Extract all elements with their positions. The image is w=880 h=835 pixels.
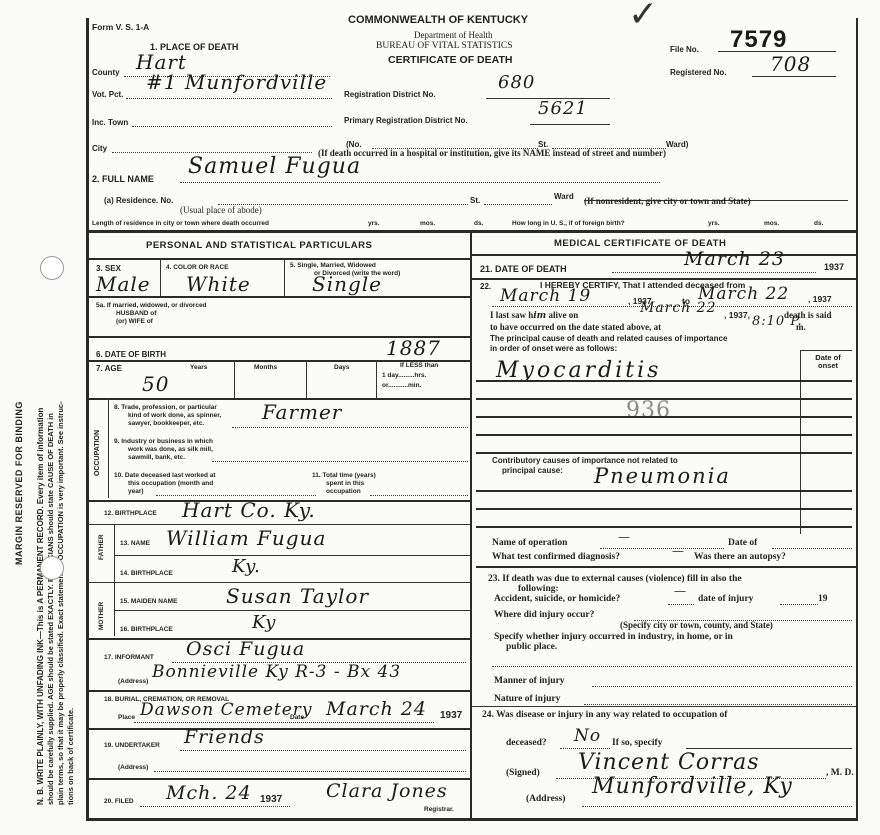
margin-binding-note: MARGIN RESERVED FOR BINDING — [14, 401, 24, 565]
specify-injury-label-1: Specify whether injury occurred in indus… — [494, 632, 733, 642]
dob-value: 1887 — [386, 336, 441, 360]
foreign-ds: ds. — [814, 220, 823, 228]
date-of-death-label: 21. DATE OF DEATH — [480, 264, 567, 274]
less-than-3: or...........min. — [382, 382, 421, 390]
length-yrs: yrs. — [368, 220, 380, 228]
residence-label: (a) Residence. No. — [104, 196, 173, 205]
father-birthplace-label: 14. BIRTHPLACE — [120, 570, 173, 578]
mother-name-label: 15. MAIDEN NAME — [120, 598, 177, 606]
registration-district-label: Registration District No. — [344, 90, 436, 99]
file-no-label: File No. — [670, 45, 699, 54]
inc-town-line — [132, 126, 332, 127]
vot-pct-label: Vot. Pct. — [92, 90, 123, 99]
signed-label: (Signed) — [506, 768, 540, 778]
filed-label: 20. FILED — [104, 798, 134, 806]
burial-place: Dawson Cemetery — [140, 700, 313, 720]
margin-instructions-3: plain terms, so that it may be properly … — [56, 401, 65, 805]
test-confirmed-value: — — [672, 544, 685, 558]
margin-instructions-1: N. B. WRITE PLAINLY, WITH UNFADING INK—T… — [36, 408, 45, 805]
deceased-label: deceased? — [506, 738, 547, 748]
age-years-value: 50 — [142, 372, 169, 396]
physician-address: Munfordville, Ky — [592, 774, 793, 799]
informant-name: Osci Fugua — [186, 638, 305, 660]
onset-column-divider — [800, 350, 801, 534]
total-time-label-1: 11. Total time (years) — [312, 472, 376, 480]
where-injury-label: Where did injury occur? — [494, 610, 594, 620]
race-value: White — [186, 272, 251, 296]
binding-hole-top — [40, 256, 64, 280]
occupation-side-label: OCCUPATION — [94, 430, 101, 476]
full-name-value: Samuel Fugua — [188, 154, 361, 179]
principal-cause-label-1: The principal cause of death and related… — [490, 334, 727, 343]
marital-value: Single — [312, 272, 382, 296]
undertaker-value: Friends — [184, 726, 265, 748]
frame-right — [856, 18, 858, 820]
race-label: 4. COLOR OR RACE — [166, 264, 228, 272]
where-injury-note: (Specify city or town, county, and State… — [620, 620, 773, 630]
certificate-title: CERTIFICATE OF DEATH — [388, 54, 512, 66]
registered-no-line — [752, 76, 836, 77]
md-label: , M. D. — [826, 768, 854, 778]
accident-value: — — [674, 584, 687, 598]
city-label: City — [92, 144, 107, 153]
burial-year: 1937 — [440, 710, 462, 721]
filed-date: Mch. 24 — [166, 782, 252, 804]
burial-place-label: Place — [118, 714, 135, 722]
foreign-birth-label: How long in U. S., if of foreign birth? — [512, 220, 625, 228]
total-time-label-2: spent in this — [326, 480, 364, 488]
physician-address-label: (Address) — [526, 794, 565, 804]
last-worked-label-2: this occupation (month and — [128, 480, 213, 488]
center-divider — [470, 230, 472, 820]
birthplace-label: 12. BIRTHPLACE — [104, 510, 157, 518]
grid-top — [86, 230, 858, 233]
father-name-label: 13. NAME — [120, 540, 150, 548]
inc-town-label: Inc. Town — [92, 118, 128, 127]
filed-year: 1937 — [260, 794, 282, 805]
date-of-death-year: 1937 — [824, 262, 844, 272]
mother-birthplace-value: Ky — [252, 612, 276, 633]
department-heading: Department of Health — [414, 30, 492, 40]
occupation-related-label: 24. Was disease or injury in any way rel… — [482, 710, 727, 720]
age-days-label: Days — [334, 364, 350, 372]
registrar-signature: Clara Jones — [326, 780, 448, 802]
industry-label-2: work was done, as silk mill, — [128, 446, 213, 454]
length-ds: ds. — [474, 220, 483, 228]
date-of-injury-label: date of injury — [698, 594, 753, 604]
operation-label: Name of operation — [492, 538, 567, 548]
sex-value: Male — [96, 272, 151, 296]
if-so-specify-label: If so, specify — [612, 738, 662, 748]
industry-label-1: 9. Industry or business in which — [114, 438, 213, 446]
last-saw-label: I last saw him alive on — [490, 310, 578, 321]
dob-label: 6. DATE OF BIRTH — [96, 350, 166, 359]
attended-to-year: , 1937 — [808, 294, 832, 304]
external-causes-label-1: 23. If death was due to external causes … — [488, 574, 742, 584]
age-label: 7. AGE — [96, 364, 122, 373]
spouse-label-2: HUSBAND of — [116, 310, 156, 318]
principal-cause-label-2: in order of onset were as follows: — [490, 344, 617, 353]
date-of-death-value: March 23 — [684, 248, 785, 270]
external-causes-label-2: following: — [518, 584, 559, 594]
foreign-yrs: yrs. — [708, 220, 720, 228]
foreign-mos: mos. — [764, 220, 779, 228]
primary-reg-line — [530, 124, 610, 125]
residence-sublabel: (Usual place of abode) — [180, 205, 262, 215]
vot-pct-value: #1 Munfordville — [146, 70, 327, 94]
length-residence-label: Length of residence in city or town wher… — [92, 220, 269, 228]
spouse-label-3: (or) WIFE of — [116, 318, 153, 326]
undertaker-address-label: (Address) — [118, 764, 148, 772]
county-label: County — [92, 68, 120, 77]
checkmark-icon: ✓ — [628, 0, 659, 35]
frame-left — [86, 18, 89, 820]
registration-district-value: 680 — [498, 72, 535, 93]
registered-no-label: Registered No. — [670, 68, 726, 77]
contributory-label-2: principal cause: — [502, 466, 563, 475]
father-side-label: FATHER — [98, 534, 105, 560]
contributory-cause-value: Pneumonia — [594, 464, 731, 488]
nonresident-note: (If nonresident, give city or town and S… — [584, 196, 751, 206]
primary-registration-label: Primary Registration District No. — [344, 116, 468, 125]
mother-side-label: MOTHER — [98, 602, 105, 630]
length-mos: mos. — [420, 220, 435, 228]
binding-hole-bottom — [40, 556, 64, 580]
physician-signature: Vincent Corras — [578, 750, 760, 775]
commonwealth-heading: COMMONWEALTH OF KENTUCKY — [348, 14, 528, 26]
registrar-label: Registrar. — [424, 806, 454, 814]
last-saw-text: I last saw h — [490, 310, 533, 320]
mother-name-value: Susan Taylor — [226, 584, 369, 608]
test-confirmed-label: What test confirmed diagnosis? — [492, 552, 620, 562]
trade-value: Farmer — [262, 400, 342, 424]
primary-registration-value: 5621 — [538, 98, 588, 119]
father-birthplace-value: Ky. — [232, 556, 261, 577]
registered-no-value: 708 — [770, 52, 811, 76]
industry-label-3: sawmill, bank, etc. — [128, 454, 185, 462]
marital-label-1: 5. Single, Married, Widowed — [290, 262, 376, 270]
last-worked-label-3: year) — [128, 488, 144, 496]
nature-injury-label: Nature of injury — [494, 694, 560, 704]
mother-birthplace-label: 16. BIRTHPLACE — [120, 626, 173, 634]
vot-pct-line — [126, 98, 332, 99]
total-time-label-3: occupation — [326, 488, 361, 496]
less-than-1: If LESS than — [400, 362, 438, 370]
less-than-2: 1 day.........hrs. — [382, 372, 426, 380]
city-line — [112, 152, 312, 153]
undertaker-label: 19. UNDERTAKER — [104, 742, 160, 750]
residence-ward-label: Ward — [554, 192, 574, 201]
trade-label-1: 8. Trade, profession, or particular — [114, 404, 217, 412]
cause-code: 936 — [626, 398, 671, 423]
certify-number: 22. — [480, 282, 491, 291]
margin-instructions-4: tions on back of certificate. — [66, 708, 75, 805]
informant-address-label: (Address) — [118, 678, 148, 686]
trade-label-2: kind of work done, as spinner, — [128, 412, 221, 420]
manner-injury-label: Manner of injury — [494, 676, 565, 686]
accident-label: Accident, suicide, or homicide? — [494, 594, 620, 604]
full-name-label: 2. FULL NAME — [92, 174, 154, 184]
birthplace-value: Hart Co. Ky. — [182, 498, 316, 522]
last-worked-label-1: 10. Date deceased last worked at — [114, 472, 216, 480]
alive-on-text: alive on — [548, 310, 578, 320]
personal-section-title: PERSONAL AND STATISTICAL PARTICULARS — [146, 240, 372, 251]
file-no-value: 7579 — [730, 26, 787, 54]
date-of-label: Date of — [728, 538, 757, 548]
father-name-value: William Fugua — [166, 526, 326, 550]
burial-date-label: Date — [290, 714, 304, 722]
attended-from: March 19 — [500, 286, 591, 306]
hospital-note: (If death occurred in a hospital or inst… — [318, 148, 666, 158]
residence-st-line — [484, 204, 552, 205]
date-of-onset-label: Date of onset — [806, 354, 850, 370]
age-years-label: Years — [190, 364, 207, 372]
operation-value: — — [618, 530, 631, 544]
age-months-label: Months — [254, 364, 277, 372]
bureau-heading: BUREAU OF VITAL STATISTICS — [376, 41, 513, 51]
last-saw-pronoun: im — [533, 311, 546, 321]
last-saw-year: , 1937, — [724, 310, 750, 320]
residence-st-label: St. — [470, 196, 480, 205]
trade-label-3: sawyer, bookkeeper, etc. — [128, 420, 204, 428]
last-saw-date: March 22 — [640, 300, 717, 316]
specify-injury-label-2: public place. — [506, 642, 557, 652]
ward-label: Ward) — [666, 140, 688, 149]
informant-label: 17. INFORMANT — [104, 654, 154, 662]
full-name-line — [180, 182, 660, 183]
informant-address: Bonnieville Ky R-3 - Bx 43 — [152, 662, 401, 682]
time-m-label: m. — [796, 322, 806, 332]
occupation-related-value: No — [574, 726, 601, 746]
autopsy-label: Was there an autopsy? — [694, 552, 786, 562]
time-of-death: 8:10 P. — [752, 314, 803, 329]
frame-bottom — [86, 818, 858, 821]
burial-date: March 24 — [326, 698, 427, 720]
occurred-label: to have occurred on the date stated abov… — [490, 322, 661, 332]
spouse-label-1: 5a. If married, widowed, or divorced — [96, 302, 207, 310]
form-number: Form V. S. 1-A — [92, 22, 149, 32]
margin-instructions-2: should be carefully supplied. AGE should… — [46, 413, 55, 805]
injury-year-prefix: 19 — [818, 594, 828, 604]
